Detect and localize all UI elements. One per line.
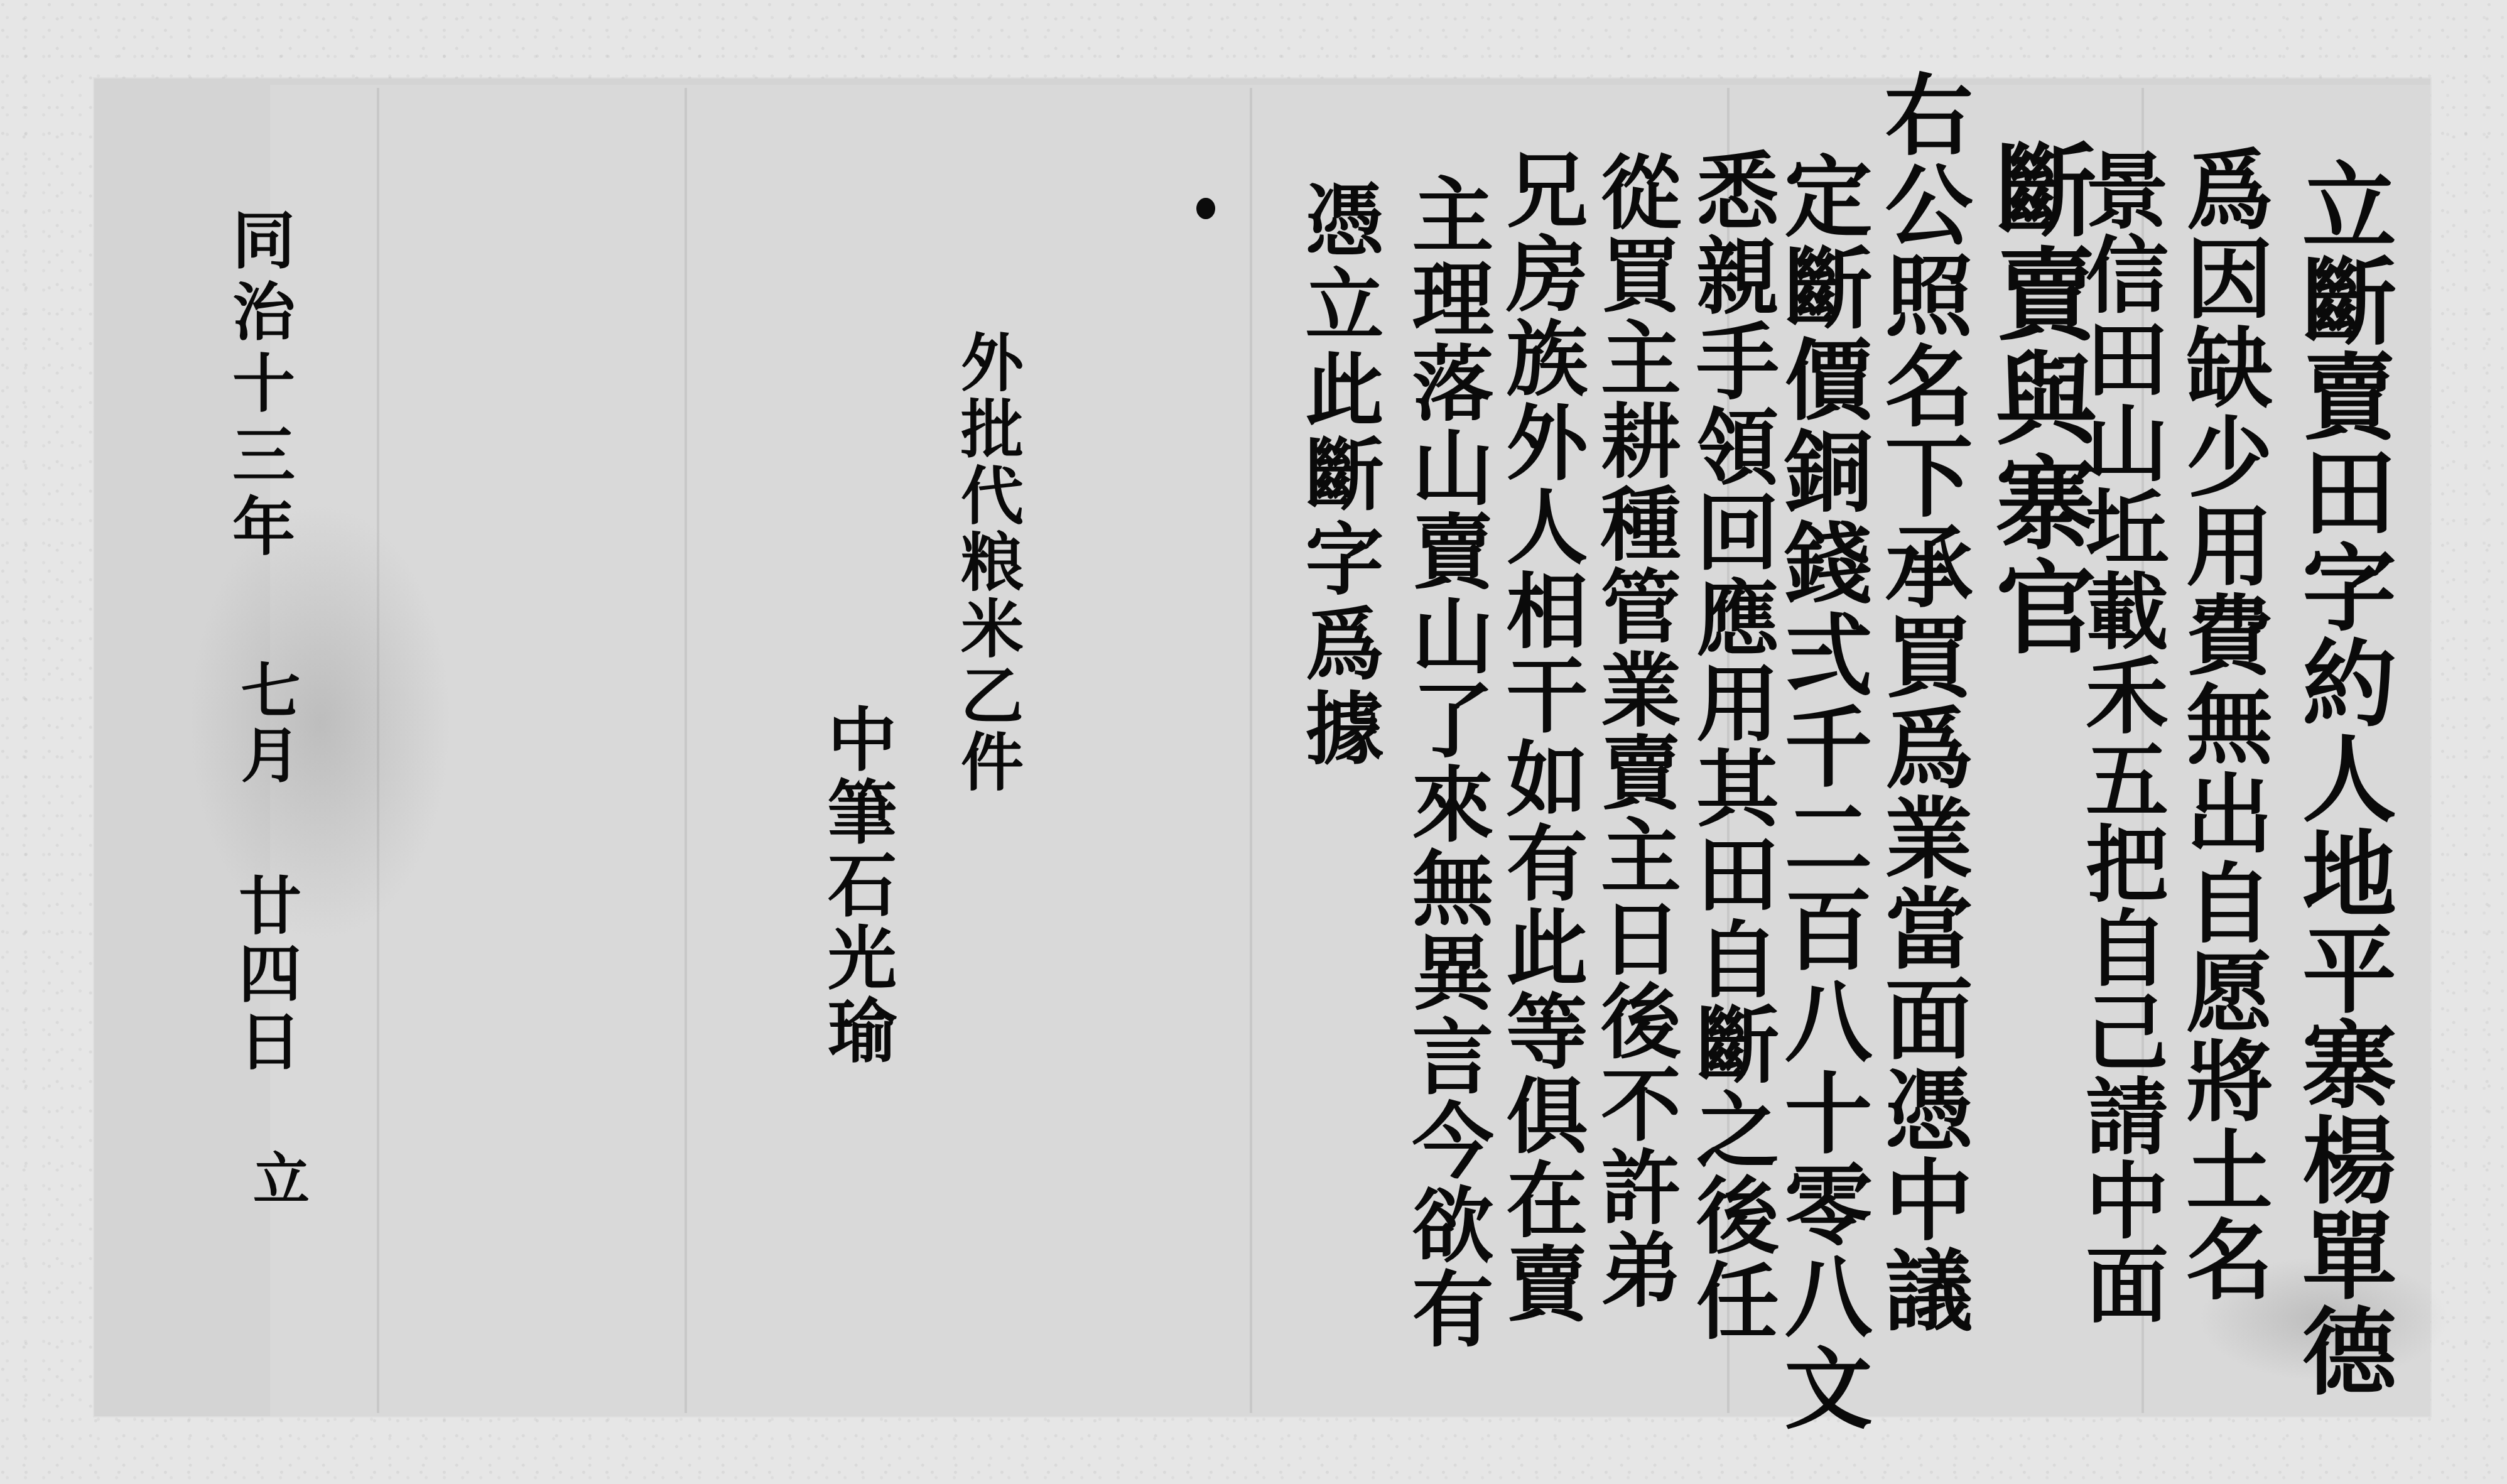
- contract-column-4: 斷賣與寨官: [1966, 138, 2110, 659]
- fold-line: [685, 88, 687, 1413]
- date-month: 七月: [223, 659, 308, 789]
- contract-column-1: 立斷賣田字約人地平寨楊單德: [2273, 157, 2409, 1398]
- annotation-note: 外批代粮米乙件: [942, 330, 1032, 796]
- ink-dot-mark: [1196, 198, 1215, 219]
- fold-line: [1250, 88, 1252, 1413]
- date-suffix-li: 立: [236, 1149, 317, 1206]
- witness-scribe: 中筆石光瑜: [807, 703, 906, 1068]
- date-era-year: 同治十三年: [214, 207, 304, 565]
- contract-column-11: 憑立此斷字爲據: [1281, 179, 1394, 772]
- contract-column-10: 主理落山賣山了來無異言今欲有: [1388, 173, 1505, 1351]
- date-day: 廿四日: [220, 873, 310, 1076]
